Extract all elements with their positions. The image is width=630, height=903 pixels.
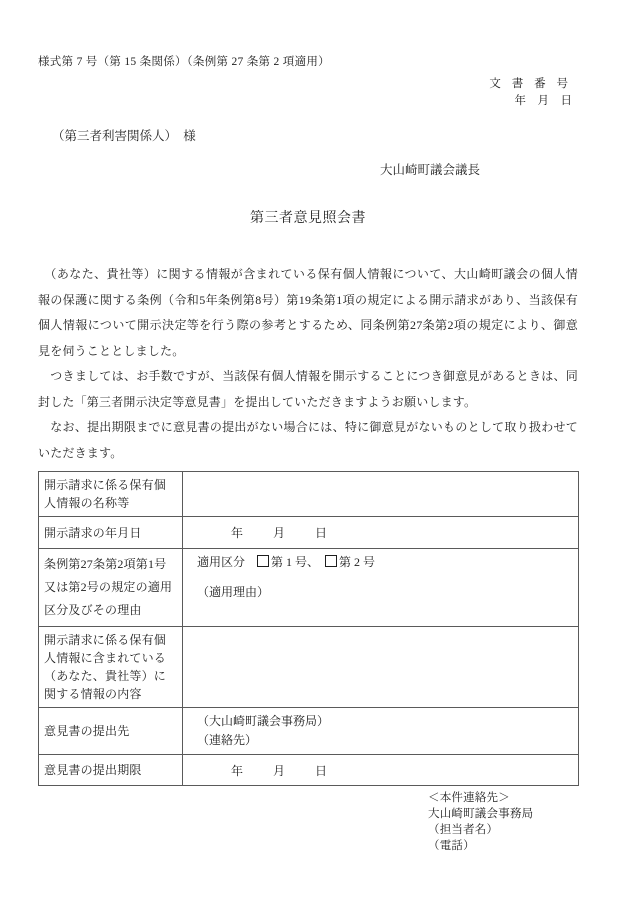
row-label: 意見書の提出先 xyxy=(39,708,183,755)
clause-category-label: 適用区分 xyxy=(197,555,245,569)
clause-option1-label: 第 1 号、 xyxy=(271,555,319,569)
row-label: 意見書の提出期限 xyxy=(39,755,183,786)
date-placeholder: 年 月 日 xyxy=(188,524,573,541)
table-row-clause-application: 条例第27条第2項第1号又は第2号の規定の適用区分及びその理由 適用区分 第 1… xyxy=(39,549,579,627)
checkbox-clause2-icon xyxy=(325,555,337,567)
body-text: （あなた、貴社等）に関する情報が含まれている保有個人情報について、大山崎町議会の… xyxy=(38,262,578,466)
recipient-line: （第三者利害関係人） 様 xyxy=(38,128,578,144)
body-paragraph: つきましては、お手数ですが、当該保有個人情報を開示することにつき御意見があるとき… xyxy=(38,364,578,415)
document-page: 様式第 7 号（第 15 条関係）（条例第 27 条第 2 項適用） 文 書 番… xyxy=(0,0,630,903)
sender-line: 大山崎町議会議長 xyxy=(380,162,578,178)
row-label: 条例第27条第2項第1号又は第2号の規定の適用区分及びその理由 xyxy=(39,549,183,627)
form-number: 様式第 7 号（第 15 条関係）（条例第 27 条第 2 項適用） xyxy=(38,54,578,70)
document-number-block: 文 書 番 号 年 月 日 xyxy=(38,76,578,110)
table-row-info-content: 開示請求に係る保有個人情報に含まれている（あなた、貴社等）に関する情報の内容 xyxy=(39,627,579,708)
table-row-submission-destination: 意見書の提出先 （大山崎町議会事務局） （連絡先） xyxy=(39,708,579,755)
clause-selection-line: 適用区分 第 1 号、第 2 号 xyxy=(188,553,573,570)
inquiry-form-table: 開示請求に係る保有個人情報の名称等 開示請求の年月日 年 月 日 条例第27条第… xyxy=(38,471,579,786)
page-title: 第三者意見照会書 xyxy=(38,208,578,229)
table-row-submission-deadline: 意見書の提出期限 年 月 日 xyxy=(39,755,579,786)
contact-block: ＜本件連絡先＞ 大山崎町議会事務局 （担当者名） （電話） xyxy=(428,790,578,854)
checkbox-clause1-icon xyxy=(257,555,269,567)
row-label: 開示請求に係る保有個人情報に含まれている（あなた、貴社等）に関する情報の内容 xyxy=(39,627,183,708)
table-row-request-date: 開示請求の年月日 年 月 日 xyxy=(39,517,579,549)
contact-phone-placeholder: （電話） xyxy=(428,838,578,854)
destination-office: （大山崎町議会事務局） xyxy=(188,712,573,731)
body-paragraph: （あなた、貴社等）に関する情報が含まれている保有個人情報について、大山崎町議会の… xyxy=(38,262,578,364)
contact-block-title: ＜本件連絡先＞ xyxy=(428,790,578,806)
contact-office: 大山崎町議会事務局 xyxy=(428,806,578,822)
table-row-info-name: 開示請求に係る保有個人情報の名称等 xyxy=(39,472,579,517)
contact-person-placeholder: （担当者名） xyxy=(428,822,578,838)
destination-contact: （連絡先） xyxy=(188,731,573,750)
body-paragraph: なお、提出期限までに意見書の提出がない場合には、特に御意見がないものとして取り扱… xyxy=(38,415,578,466)
row-label: 開示請求に係る保有個人情報の名称等 xyxy=(39,472,183,517)
row-value-empty xyxy=(183,472,579,517)
row-label: 開示請求の年月日 xyxy=(39,517,183,549)
application-reason-label: （適用理由） xyxy=(188,583,573,600)
clause-option2-label: 第 2 号 xyxy=(339,555,375,569)
document-date-placeholder: 年 月 日 xyxy=(38,93,572,110)
date-placeholder: 年 月 日 xyxy=(188,762,573,779)
document-number-label: 文 書 番 号 xyxy=(38,76,572,93)
row-value-empty xyxy=(183,627,579,708)
